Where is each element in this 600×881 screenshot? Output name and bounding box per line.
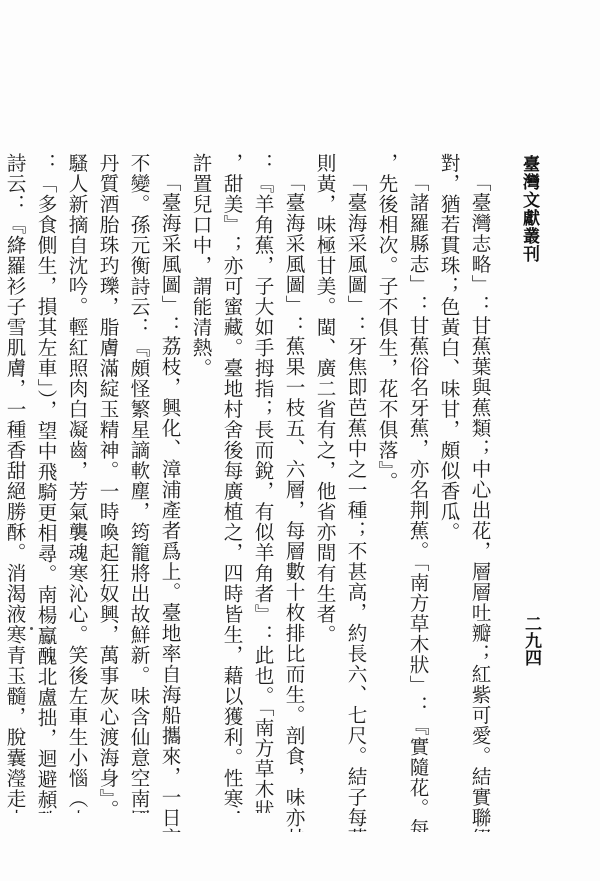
body-text: 「臺灣志略」：甘蕉葉與蕉類；中心出花，層層吐瓣；紅紫可愛。結實聯綴百餘顆，兩兩相…: [0, 153, 495, 813]
text-column-16: 詩云：『絳羅衫子雪肌膚，一種香甜絕勝酥。消渴液寒青玉髓，脫囊瀅走水晶珠。阿環風味…: [0, 153, 30, 813]
text-column-10: 許置兒口中，謂能清熱。: [185, 153, 216, 813]
text-column-9: ，甜美』；亦可蜜藏。臺地村舍後每廣植之，四時皆生，藉以獲利。性寒；婦人產後，每以…: [216, 153, 247, 813]
text-column-12: 不變。孫元衡詩云：『頗怪繁星謫軟塵，筠籠將出故鮮新。味含仙意空南國，姿近天然是美…: [123, 153, 154, 813]
text-column-2: 對，猶若貫珠；色黃白、味甘，頗似香瓜。: [433, 153, 464, 813]
page-number: 二九四: [519, 615, 544, 666]
text-column-6: 則黃，味極甘美。閩、廣二省有之，他省亦間有生者。: [309, 153, 340, 813]
text-column-13: 丹質酒胎珠玓瓅，脂膚滿綻玉精神。一時喚起狂奴興，萬事灰心渡海身』。『不受鹽欺與蜜…: [92, 153, 123, 813]
scan-speck: [30, 627, 33, 630]
text-column-11: 「臺海采風圖」：荔枝，興化、漳浦產者爲上。臺地率自海船攜來，一日夜可至，味香色猶: [154, 153, 185, 832]
text-column-8: ：『羊角蕉，子大如手拇指；長而銳，有似羊角者』：此也。「南方草木狀」：『蕉子房相…: [247, 153, 278, 813]
text-column-14: 騷人新摘自沈吟。輕紅照肉白凝齒，芳氣襲魂寒沁心。笑後左車生小惱（山谷題「楊妃病齒…: [61, 153, 92, 813]
text-column-5: 「臺海采風圖」：牙焦即芭蕉中之一種；不甚高，約長六、七尺。結子每莖百餘；始綠、熟: [340, 153, 371, 832]
text-column-7: 「臺海采風圖」：蕉果一枝五、六層，每層數十枚排比而生。剖食，味亦甘。「異物志」載: [278, 153, 309, 832]
text-column-1: 「臺灣志略」：甘蕉葉與蕉類；中心出花，層層吐瓣；紅紫可愛。結實聯綴百餘顆，兩兩相: [464, 153, 495, 832]
text-column-3: 「諸羅縣志」：甘蕉俗名牙蕉，亦名荆蕉。「南方草木狀」：『實隨花。每花一闔有十餘子: [402, 153, 433, 832]
scanned-page: 臺灣文獻叢刊 二九四 「臺灣志略」：甘蕉葉與蕉類；中心出花，層層吐瓣；紅紫可愛。…: [0, 0, 600, 881]
text-column-15: ：「多食側生，損其左車」），望中飛騎更相尋。南楊鸁醜北盧拙，迴避頳珠出寶林』。范…: [30, 153, 61, 813]
running-title: 臺灣文獻叢刊: [517, 155, 542, 263]
text-column-4: ，先後相次。子不俱生，花不俱落』。: [371, 153, 402, 813]
